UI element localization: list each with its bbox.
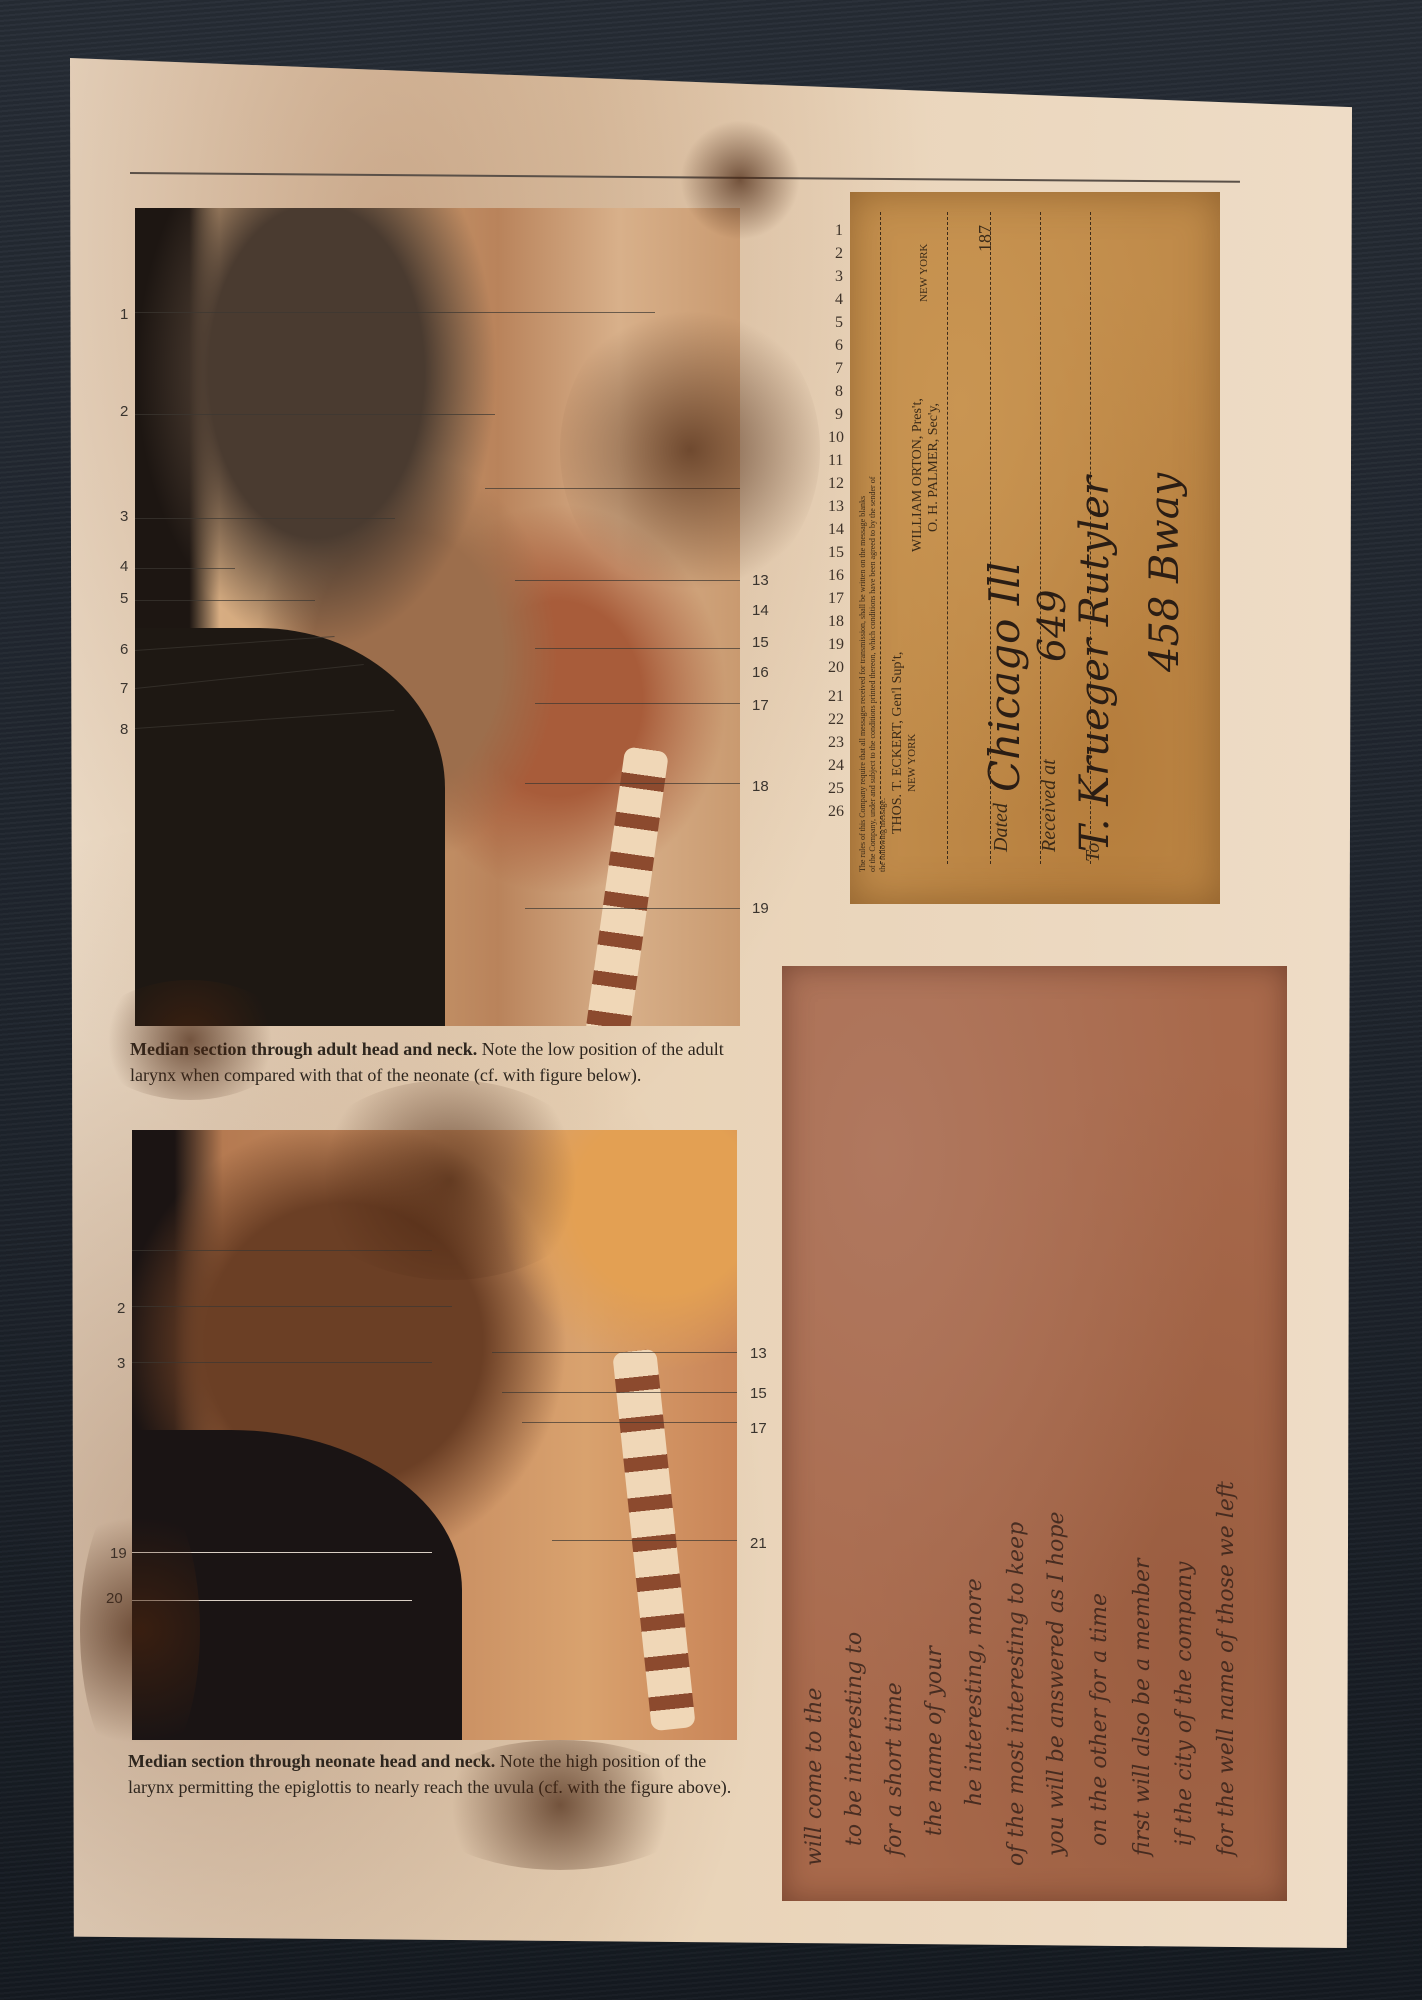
margin-number: 24	[828, 757, 844, 775]
plate-label: 15	[750, 1385, 767, 1402]
letter-line: to be interesting to	[842, 1632, 867, 1846]
plate-label: 1	[120, 306, 128, 323]
officer-palmer: O. H. PALMER, Sec'y,	[926, 403, 942, 532]
leader-line	[492, 1352, 737, 1353]
margin-number: 14	[828, 521, 844, 539]
plate-label: 6	[120, 641, 128, 658]
received-label: Received at	[1038, 759, 1061, 852]
form-rule	[880, 212, 882, 864]
handwritten-address: 458 Bway	[1142, 473, 1188, 672]
plate-label: 8	[120, 721, 128, 738]
leader-line	[525, 908, 740, 909]
margin-number: 19	[828, 636, 844, 654]
form-rule	[947, 212, 949, 864]
cervical-spine	[585, 746, 669, 1026]
leader-line	[135, 600, 315, 601]
letter-line: first will also be a member	[1130, 1559, 1155, 1857]
leader-line	[135, 414, 495, 415]
margin-number: 3	[835, 268, 843, 286]
margin-number: 6	[835, 337, 843, 355]
officer-eckert-city: NEW YORK	[906, 734, 918, 792]
letter-line: will come to the	[802, 1688, 827, 1866]
leader-line	[132, 1306, 452, 1307]
plate-label: 2	[117, 1300, 125, 1317]
grime-stain	[680, 120, 800, 240]
plate-label: 17	[752, 697, 769, 714]
margin-number: 8	[835, 383, 843, 401]
margin-number: 22	[828, 711, 844, 729]
leader-line	[522, 1422, 737, 1423]
margin-number: 12	[828, 475, 844, 493]
margin-number: 21	[828, 688, 844, 706]
letter-line: the name of your	[922, 1646, 947, 1836]
margin-number: 15	[828, 544, 844, 562]
handwritten-dated: Chicago Ill	[980, 562, 1029, 792]
grime-stain	[560, 300, 820, 600]
letter-line: you will be answered as I hope	[1044, 1511, 1069, 1856]
plate-label: 2	[120, 403, 128, 420]
officers-city: NEW YORK	[918, 244, 930, 302]
letter-line: for a short time	[882, 1682, 907, 1856]
year-prefix: 187	[975, 225, 996, 252]
plate-label: 19	[752, 900, 769, 917]
margin-number: 13	[828, 498, 844, 516]
margin-number: 18	[828, 613, 844, 631]
grime-stain	[420, 1740, 700, 1870]
leader-line	[135, 312, 655, 313]
grime-stain	[300, 1080, 600, 1280]
leader-line	[535, 648, 740, 649]
plate-label: 13	[750, 1345, 767, 1362]
plate-label: 15	[752, 634, 769, 651]
margin-number: 2	[835, 245, 843, 263]
margin-number: 16	[828, 567, 844, 585]
margin-number: 7	[835, 360, 843, 378]
leader-line	[135, 568, 235, 569]
officer-eckert: THOS. T. ECKERT, Gen'l Sup't,	[890, 652, 906, 834]
margin-number: 4	[835, 291, 843, 309]
leader-line	[552, 1540, 737, 1541]
letter-line: he interesting, more	[962, 1578, 987, 1806]
officer-orton: WILLIAM ORTON, Pres't,	[910, 398, 926, 552]
margin-number: 11	[828, 452, 843, 470]
leader-line	[135, 518, 395, 519]
caption-title: Median section through neonate head and …	[128, 1751, 495, 1771]
margin-number: 9	[835, 406, 843, 424]
plate-label: 14	[752, 602, 769, 619]
grime-stain	[90, 980, 290, 1100]
plate-label: 5	[120, 590, 128, 607]
plate-label: 18	[752, 778, 769, 795]
plate-label: 17	[750, 1420, 767, 1437]
plate-shadow	[135, 628, 445, 1026]
fine-print-2: of the Company, under and subject to the…	[868, 477, 877, 872]
letter-line: if the city of the company	[1172, 1562, 1197, 1846]
fine-print-1: The rules of this Company require that a…	[858, 222, 867, 872]
handwritten-recipient: T. Krueger Rutyler	[1072, 476, 1118, 852]
letter-line: for the well name of those we left	[1214, 1481, 1239, 1856]
handwritten-letter: will come to the to be interesting to fo…	[782, 966, 1287, 1901]
letter-line: of the most interesting to keep	[1004, 1522, 1029, 1866]
plate-label: 16	[752, 664, 769, 681]
margin-number: 25	[828, 780, 844, 798]
leader-line	[132, 1362, 432, 1363]
margin-number: 23	[828, 734, 844, 752]
fine-print-3: the following message.	[878, 798, 887, 872]
letter-line: on the other for a time	[1087, 1593, 1112, 1846]
plate-label: 7	[120, 680, 128, 697]
telegram-form: The rules of this Company require that a…	[850, 192, 1220, 904]
leader-line	[502, 1392, 737, 1393]
plate-label: 21	[750, 1535, 767, 1552]
plate-label: 4	[120, 558, 128, 575]
margin-number: 26	[828, 803, 844, 821]
plate-label: 3	[120, 508, 128, 525]
handwritten-received: 649	[1030, 589, 1074, 662]
grime-stain	[80, 1480, 200, 1780]
margin-number: 20	[828, 659, 844, 677]
margin-number: 5	[835, 314, 843, 332]
margin-number: 10	[828, 429, 844, 447]
margin-number: 17	[828, 590, 844, 608]
plate-label: 3	[117, 1355, 125, 1372]
margin-number: 1	[835, 222, 843, 240]
leader-line	[535, 703, 740, 704]
dated-label: Dated	[990, 803, 1013, 852]
leader-line	[525, 783, 740, 784]
